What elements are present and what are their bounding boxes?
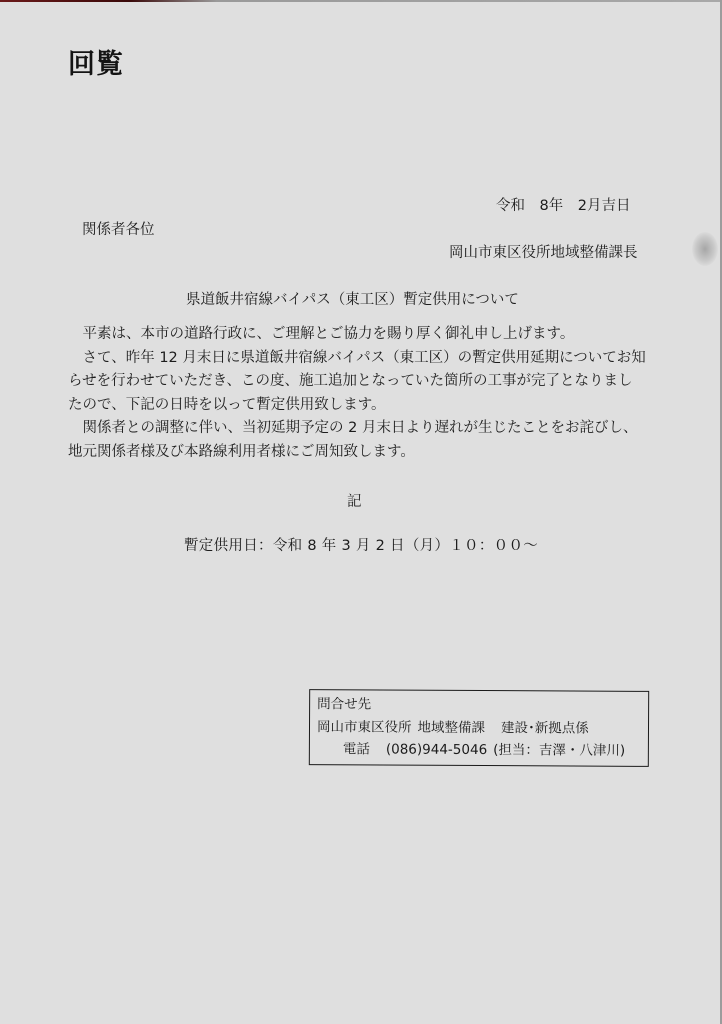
scan-top-edge — [0, 0, 722, 2]
scan-smudge — [692, 232, 718, 266]
contact-section: 建設･新拠点係 — [501, 720, 589, 736]
issue-date: 令和 8年 2月吉日 — [496, 194, 630, 215]
document-page: 回覧 令和 8年 2月吉日 関係者各位 岡山市東区役所地域整備課長 県道飯井宿線… — [0, 0, 722, 1024]
contact-office: 岡山市東区役所 — [317, 719, 412, 735]
phone-label: 電話 — [343, 741, 370, 757]
circular-title: 回覧 — [68, 42, 124, 81]
contact-department: 岡山市東区役所地域整備課建設･新拠点係 — [317, 715, 589, 736]
body-line: たので、下記の日時を以って暫定供用致します。 — [68, 394, 658, 418]
opening-date-line: 暫定供用日：令和 8 年 3 月 2 日（月）１０：００～ — [184, 534, 538, 555]
recipient: 関係者各位 — [82, 218, 155, 239]
opening-date-label: 暫定供用日： — [184, 538, 273, 554]
opening-date-value: 令和 8 年 3 月 2 日（月）１０：００～ — [273, 538, 538, 554]
body-line: 地元関係者様及び本路線利用者様にご周知致します。 — [68, 441, 658, 465]
contact-division: 地域整備課 — [417, 720, 485, 736]
body-line: 平素は、本市の道路行政に、ご理解とご協力を賜り厚く御礼申し上げます。 — [68, 323, 658, 347]
body-paragraphs: 平素は、本市の道路行政に、ご理解とご協力を賜り厚く御礼申し上げます。 さて、昨年… — [68, 323, 658, 464]
contact-phone-line: 電話(086)944-5046(担当：吉澤・八津川) — [343, 737, 625, 758]
body-line: さて、昨年 12 月末日に県道飯井宿線バイパス（東工区）の暫定供用延期についてお… — [68, 347, 658, 371]
contact-persons: (担当：吉澤・八津川) — [493, 742, 625, 759]
ki-note-marker: 記 — [347, 490, 362, 511]
sender: 岡山市東区役所地域整備課長 — [449, 241, 638, 262]
body-line: 関係者との調整に伴い、当初延期予定の 2 月末日より遅れが生じたことをお詫びし、 — [68, 417, 658, 441]
subject-heading: 県道飯井宿線バイパス（東工区）暫定供用について — [186, 288, 519, 309]
contact-heading: 問合せ先 — [317, 692, 371, 712]
body-line: らせを行わせていただき、この度、施工追加となっていた箇所の工事が完了となりまし — [68, 370, 658, 394]
phone-number: (086)944-5046 — [386, 742, 487, 759]
contact-box: 問合せ先 岡山市東区役所地域整備課建設･新拠点係 電話(086)944-5046… — [309, 689, 649, 767]
